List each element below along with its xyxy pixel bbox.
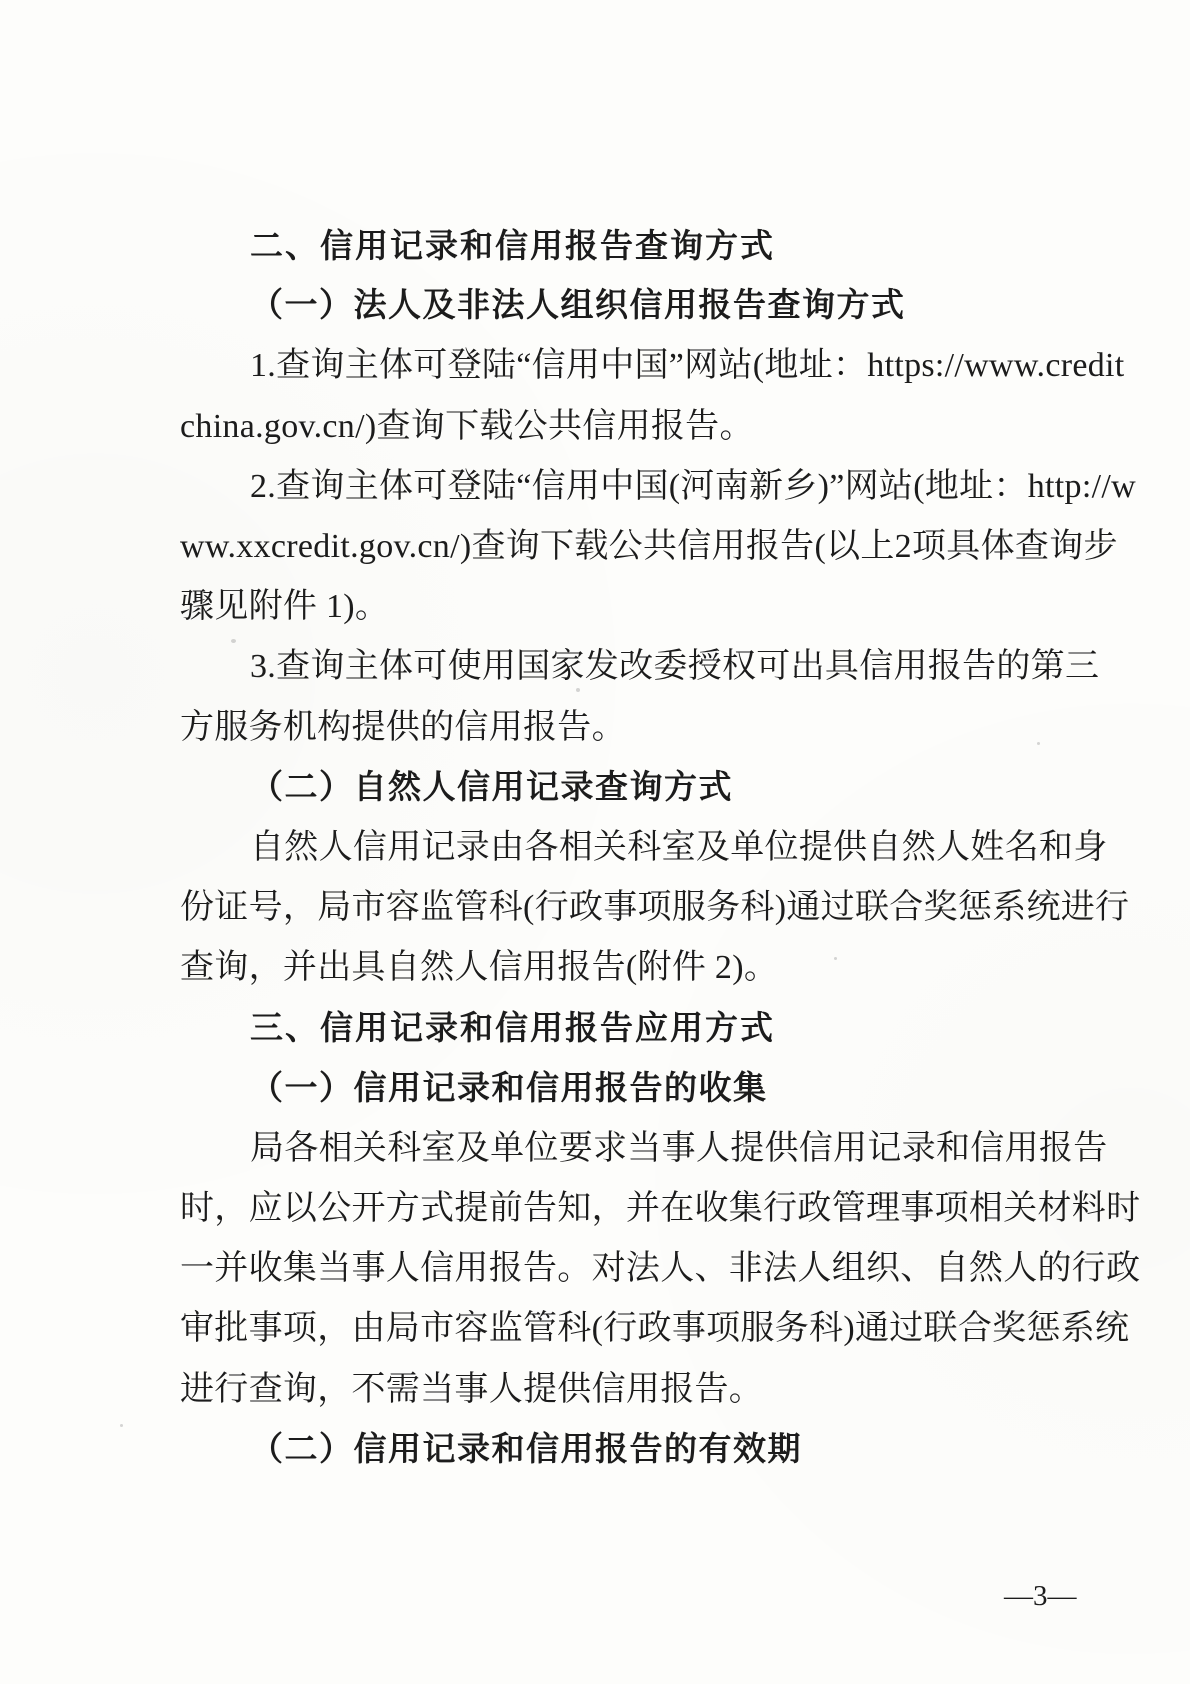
- scan-speck: [576, 688, 580, 692]
- subsection-2-1-heading: （一）法人及非法人组织信用报告查询方式: [180, 276, 1075, 336]
- paragraph-line: 1.查询主体可登陆“信用中国”网站(地址：https://www.credit: [180, 336, 1075, 396]
- scan-speck: [120, 1424, 123, 1427]
- section-3-heading: 三、信用记录和信用报告应用方式: [180, 998, 1075, 1058]
- paragraph-line: 时，应以公开方式提前告知，并在收集行政管理事项相关材料时: [180, 1179, 1075, 1239]
- paragraph-line: 一并收集当事人信用报告。对法人、非法人组织、自然人的行政: [180, 1239, 1075, 1299]
- subsection-2-2-heading: （二）自然人信用记录查询方式: [180, 758, 1075, 818]
- scan-speck: [1037, 742, 1040, 745]
- page-number: —3—: [1004, 1580, 1077, 1613]
- paragraph-line: 方服务机构提供的信用报告。: [180, 698, 1075, 758]
- paragraph-line: 骤见附件 1)。: [180, 577, 1075, 637]
- paragraph-line: 3.查询主体可使用国家发改委授权可出具信用报告的第三: [180, 637, 1075, 697]
- paragraph-line: 局各相关科室及单位要求当事人提供信用记录和信用报告: [180, 1119, 1075, 1179]
- paragraph-line: 份证号，局市容监管科(行政事项服务科)通过联合奖惩系统进行: [180, 878, 1075, 938]
- subsection-3-2-heading: （二）信用记录和信用报告的有效期: [180, 1420, 1075, 1480]
- paragraph-line: ww.xxcredit.gov.cn/)查询下载公共信用报告(以上2项具体查询步: [180, 517, 1075, 577]
- scan-speck: [231, 639, 236, 643]
- paragraph-line: 2.查询主体可登陆“信用中国(河南新乡)”网站(地址：http://w: [180, 457, 1075, 517]
- paragraph-line: 审批事项，由局市容监管科(行政事项服务科)通过联合奖惩系统: [180, 1299, 1075, 1359]
- text-block: 二、信用记录和信用报告查询方式 （一）法人及非法人组织信用报告查询方式 1.查询…: [180, 216, 1075, 1480]
- scan-speck: [834, 957, 837, 960]
- document-page: 二、信用记录和信用报告查询方式 （一）法人及非法人组织信用报告查询方式 1.查询…: [0, 0, 1190, 1684]
- paragraph-line: china.gov.cn/)查询下载公共信用报告。: [180, 397, 1075, 457]
- paragraph-line: 进行查询，不需当事人提供信用报告。: [180, 1360, 1075, 1420]
- paragraph-line: 查询，并出具自然人信用报告(附件 2)。: [180, 938, 1075, 998]
- section-2-heading: 二、信用记录和信用报告查询方式: [180, 216, 1075, 276]
- paragraph-line: 自然人信用记录由各相关科室及单位提供自然人姓名和身: [180, 818, 1075, 878]
- subsection-3-1-heading: （一）信用记录和信用报告的收集: [180, 1059, 1075, 1119]
